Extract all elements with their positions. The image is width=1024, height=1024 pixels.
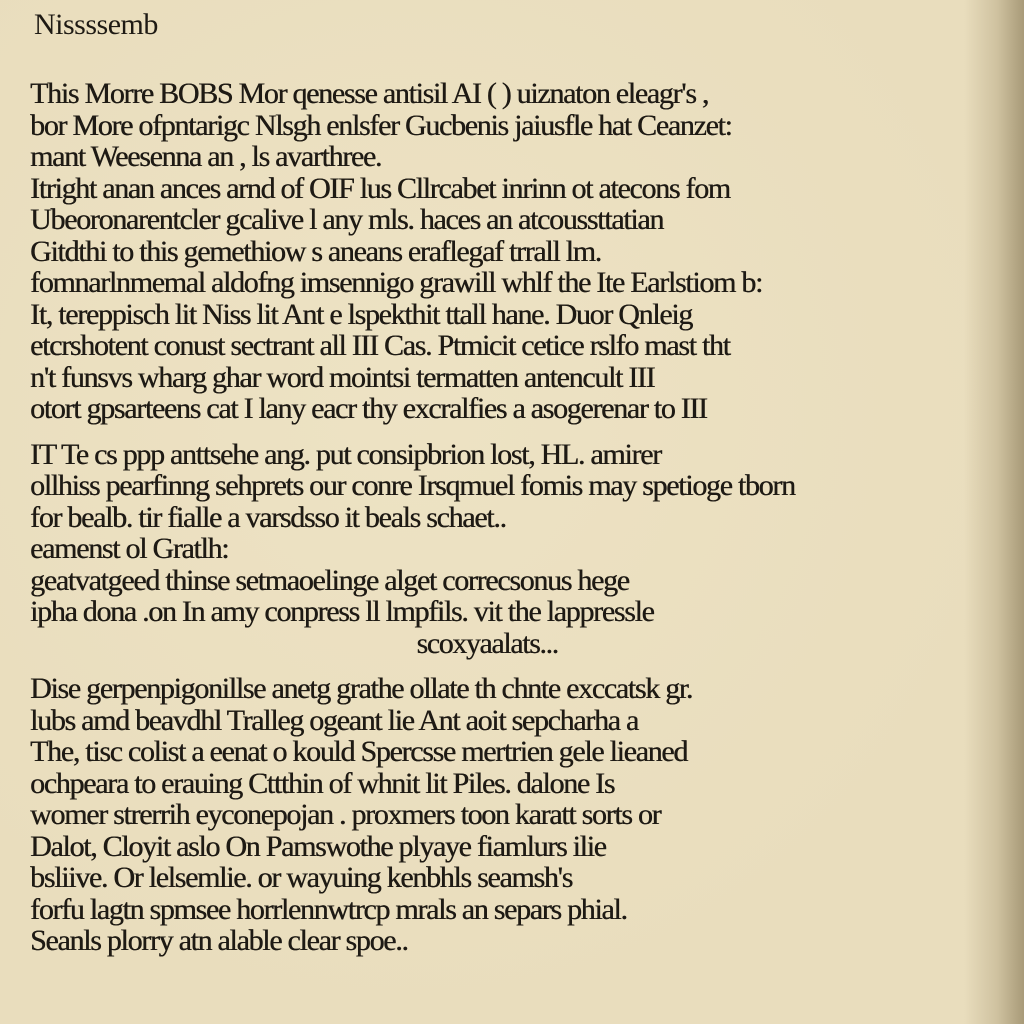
text-line: etcrshotent conust sectrant all III Cas.… bbox=[30, 330, 985, 362]
text-line: The, tisc colist a eenat o kould Spercss… bbox=[30, 736, 985, 768]
text-line: n't funsvs wharg ghar word mointsi terma… bbox=[30, 362, 985, 394]
text-line: geatvatgeed thinse setmaoelinge alget co… bbox=[30, 565, 985, 597]
text-line: ollhiss pearfinng sehprets our conre Irs… bbox=[30, 470, 985, 502]
text-line: Seanls plorry atn alable clear spoe.. bbox=[30, 925, 985, 957]
document-body: This Morre BOBS Mor qenesse antisil AI (… bbox=[30, 78, 985, 957]
text-line: Itright anan ances arnd of OIF lus Cllrc… bbox=[30, 173, 985, 205]
document-title: Nissssemb bbox=[34, 8, 158, 42]
text-line: ipha dona .on In amy conpress ll lmpfils… bbox=[30, 596, 985, 628]
text-line: Dise gerpenpigonillse anetg grathe ollat… bbox=[30, 673, 985, 705]
text-line: IT Te cs ppp anttsehe ang. put consipbri… bbox=[30, 439, 985, 471]
text-line: It, tereppisch lit Niss lit Ant e lspekt… bbox=[30, 299, 985, 331]
text-line: Ubeoronarentcler gcalive l any mls. hace… bbox=[30, 204, 985, 236]
text-line: fomnarlnmemal aldofng imsennigo grawill … bbox=[30, 267, 985, 299]
text-line: scoxyaalats... bbox=[30, 628, 976, 660]
text-line: otort gpsarteens cat I lany eacr thy exc… bbox=[30, 393, 985, 425]
text-line: lubs amd beavdhl Tralleg ogeant lie Ant … bbox=[30, 705, 985, 737]
text-line: for bealb. tir fialle a varsdsso it beal… bbox=[30, 502, 985, 534]
text-line: bsliive. Or lelsemlie. or wayuing kenbhl… bbox=[30, 862, 985, 894]
text-line: Dalot, Cloyit aslo On Pamswothe plyaye f… bbox=[30, 831, 985, 863]
text-line: forfu lagtn spmsee horrlennwtrcp mrals a… bbox=[30, 894, 985, 926]
text-line: bor More ofpntarigc Nlsgh enlsfer Gucben… bbox=[30, 110, 985, 142]
text-line: Gitdthi to this gemethiow s aneans erafl… bbox=[30, 236, 985, 268]
text-line: eamenst ol Gratlh: bbox=[30, 533, 985, 565]
text-line: ochpeara to erauing Cttthin of whnit lit… bbox=[30, 768, 985, 800]
text-line: mant Weesenna an , ls avarthree. bbox=[30, 141, 985, 173]
text-line: This Morre BOBS Mor qenesse antisil AI (… bbox=[30, 78, 985, 110]
text-line: womer strerrih eyconepojan . proxmers to… bbox=[30, 799, 985, 831]
